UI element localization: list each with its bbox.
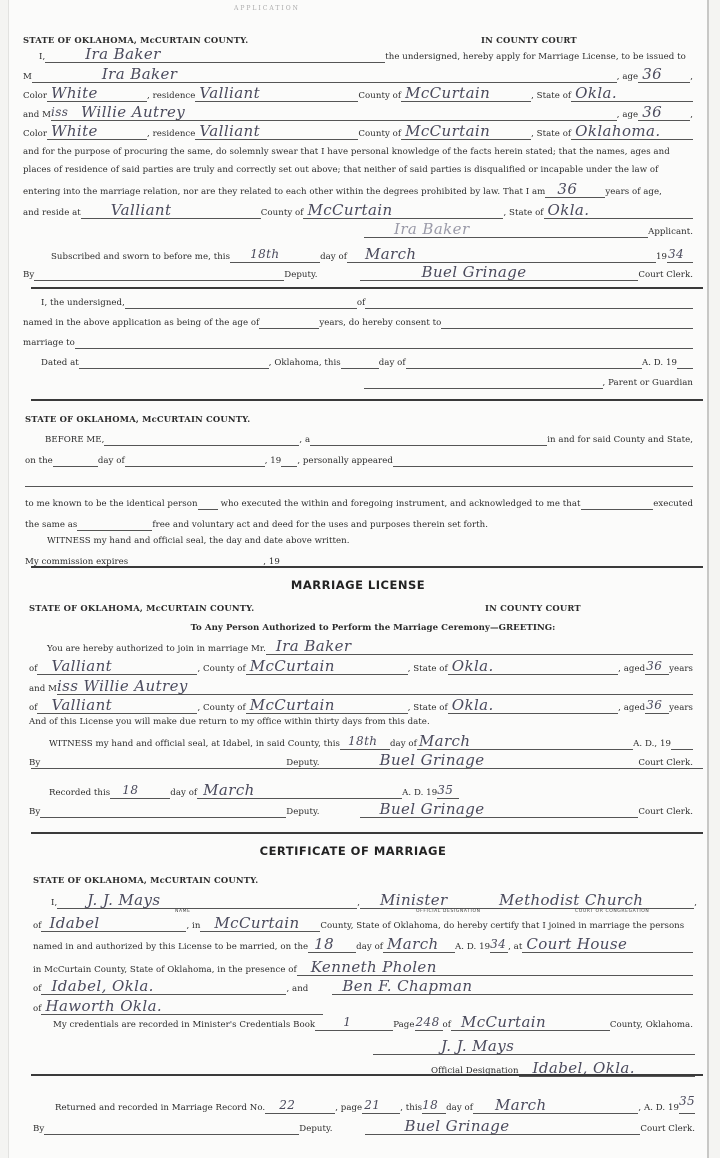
- license-bride-county-field[interactable]: McCurtain: [246, 701, 408, 714]
- court-heading: IN COUNTY COURT: [481, 34, 577, 46]
- married-month-field[interactable]: March: [383, 940, 455, 953]
- credentials-line: My credentials are recorded in Minister'…: [53, 1018, 693, 1031]
- marriage-record-page: APPLICATION STATE OF OKLAHOMA, McCURTAIN…: [8, 0, 709, 1158]
- groom-residence-field[interactable]: Valliant: [195, 89, 358, 102]
- license-bride-age-field[interactable]: 36: [645, 701, 669, 714]
- ack-line-2: on the day of , 19 , personally appeared: [25, 454, 693, 467]
- consent-dated-at-field[interactable]: [79, 356, 269, 369]
- section-divider: [31, 399, 703, 401]
- witness-1-field[interactable]: Kenneth Pholen: [297, 963, 693, 976]
- certificate-by-line: By Deputy. Buel Grinage Court Clerk.: [33, 1122, 695, 1135]
- bride-state-field[interactable]: Oklahoma.: [571, 127, 693, 140]
- ack-header: STATE OF OKLAHOMA, McCURTAIN COUNTY.: [25, 413, 693, 425]
- section-divider: [31, 287, 703, 289]
- officiant-name-field[interactable]: J. J. Mays: [57, 896, 357, 909]
- consent-line-5: , Parent or Guardian: [364, 376, 693, 389]
- reside-county-field[interactable]: McCurtain: [303, 206, 503, 219]
- license-recorded-clerk-signature-field[interactable]: Buel Grinage: [360, 805, 639, 818]
- oath-line-2: places of residence of said parties are …: [23, 164, 693, 176]
- bride-color-field[interactable]: White: [47, 127, 147, 140]
- license-groom-county-field[interactable]: McCurtain: [246, 662, 408, 675]
- ack-line-1: BEFORE ME, , a in and for said County an…: [45, 433, 693, 446]
- returned-day-field[interactable]: 18: [422, 1101, 446, 1114]
- license-groom-residence: of Valliant , County of McCurtain , Stat…: [29, 662, 693, 675]
- certificate-title: CERTIFICATE OF MARRIAGE: [0, 844, 707, 858]
- consent-line-3: marriage to: [23, 336, 693, 349]
- bride-name-field[interactable]: issWillie Autrey: [51, 108, 617, 121]
- ack-line-6: WITNESS my hand and official seal, the d…: [47, 535, 693, 547]
- credentials-book-field[interactable]: 1: [315, 1018, 393, 1031]
- bride-residence-line: Color White , residence Valliant County …: [23, 127, 693, 140]
- consent-month-field[interactable]: [406, 356, 642, 369]
- certificate-deputy-field[interactable]: [44, 1122, 299, 1135]
- witness-1-city-field[interactable]: Idabel, Okla.: [41, 982, 286, 995]
- record-number-field[interactable]: 22: [265, 1101, 335, 1114]
- consent-line-2: named in the above application as being …: [23, 316, 693, 329]
- license-witness-month-field[interactable]: March: [417, 737, 633, 750]
- license-witness-line: WITNESS my hand and official seal, at Id…: [49, 737, 693, 750]
- bride-residence-field[interactable]: Valliant: [195, 127, 358, 140]
- witness-2-city-field[interactable]: Haworth Okla.: [41, 1002, 323, 1015]
- license-greeting: To Any Person Authorized to Perform the …: [9, 622, 707, 634]
- ack-line-3: [25, 474, 693, 487]
- sworn-year-field[interactable]: 34: [667, 250, 693, 263]
- groom-age-field[interactable]: 36: [638, 70, 690, 83]
- groom-name-field[interactable]: Ira Baker: [32, 70, 617, 83]
- credentials-county-field[interactable]: McCurtain: [451, 1018, 610, 1031]
- license-witness-year-field[interactable]: [671, 737, 693, 750]
- applicant-name-field[interactable]: Ira Baker: [45, 50, 385, 63]
- license-bride-field[interactable]: iss Willie Autrey: [57, 682, 693, 695]
- applicant-signature-line: Ira Baker Applicant.: [364, 225, 693, 238]
- groom-county-field[interactable]: McCurtain: [401, 89, 531, 102]
- ack-appeared-field[interactable]: [393, 454, 693, 467]
- ack-appeared-continued-field[interactable]: [25, 474, 693, 487]
- sworn-line: Subscribed and sworn to before me, this …: [51, 250, 693, 263]
- consent-to-field[interactable]: [441, 316, 693, 329]
- ack-year-field[interactable]: [281, 454, 297, 467]
- license-recorded-year-field[interactable]: 35: [437, 786, 459, 799]
- ack-that-field[interactable]: [581, 497, 654, 510]
- bride-age-field[interactable]: 36: [638, 108, 690, 121]
- certificate-witness-line: of Idabel, Okla. , and Ben F. Chapman: [33, 982, 693, 995]
- bride-county-field[interactable]: McCurtain: [401, 127, 531, 140]
- bride-line: and M issWillie Autrey , age 36 ,: [23, 108, 693, 121]
- applicant-signature-field[interactable]: Ira Baker: [364, 225, 648, 238]
- section-divider: [31, 768, 703, 769]
- congregation-caption: COURT OR CONGREGATION: [575, 909, 649, 914]
- credentials-page-field[interactable]: 248: [415, 1018, 443, 1031]
- consent-age-field[interactable]: [259, 316, 319, 329]
- certificate-witness-2-city-line: of Haworth Okla.: [33, 1002, 323, 1015]
- certificate-clerk-signature-field[interactable]: Buel Grinage: [365, 1122, 641, 1135]
- ack-line-5: the same as free and voluntary act and d…: [25, 518, 693, 531]
- ack-same-as-field[interactable]: [77, 518, 152, 531]
- license-groom-state-field[interactable]: Okla.: [448, 662, 618, 675]
- license-title: MARRIAGE LICENSE: [9, 578, 707, 592]
- applicant-line: I, Ira Baker the undersigned, hereby app…: [39, 50, 693, 63]
- record-page-field[interactable]: 21: [362, 1101, 400, 1114]
- reside-line: and reside at Valliant County of McCurta…: [23, 206, 693, 219]
- license-header: STATE OF OKLAHOMA, McCURTAIN COUNTY. IN …: [29, 602, 693, 614]
- consent-year-field[interactable]: [677, 356, 693, 369]
- reside-field[interactable]: Valliant: [81, 206, 261, 219]
- consent-line-1: I, the undersigned, of: [41, 296, 693, 309]
- ack-before-field[interactable]: [104, 433, 299, 446]
- returned-line: Returned and recorded in Marriage Record…: [55, 1101, 695, 1114]
- officiant-signature-field[interactable]: J. J. Mays: [373, 1042, 695, 1055]
- license-bride-line: and M iss Willie Autrey: [29, 682, 693, 695]
- certificate-presence-line: in McCurtain County, State of Oklahoma, …: [33, 963, 693, 976]
- name-caption: NAME: [175, 909, 191, 914]
- license-groom-field[interactable]: Ira Baker: [266, 642, 693, 655]
- license-groom-age-field[interactable]: 36: [645, 662, 669, 675]
- ack-line-4: to me known to be the identical person w…: [25, 497, 693, 510]
- license-witness-day-field[interactable]: 18th: [340, 737, 390, 750]
- app-deputy-field[interactable]: [34, 268, 284, 281]
- ack-title-field[interactable]: [310, 433, 547, 446]
- top-fragment: APPLICATION: [234, 5, 300, 12]
- license-return-note: And of this License you will make due re…: [29, 716, 693, 728]
- app-clerk-signature-field[interactable]: Buel Grinage: [360, 268, 639, 281]
- applicant-age-field[interactable]: 36: [545, 185, 605, 198]
- license-bride-city-field[interactable]: Valliant: [37, 701, 197, 714]
- consent-marriage-to-field[interactable]: [75, 336, 693, 349]
- certificate-of-line: of Idabel , in McCurtain County, State o…: [33, 919, 693, 932]
- ack-day-field[interactable]: [53, 454, 98, 467]
- license-recorded-month-field[interactable]: March: [197, 786, 402, 799]
- license-by-line-2: By Deputy. Buel Grinage Court Clerk.: [29, 805, 693, 818]
- officiant-city-field[interactable]: Idabel: [41, 919, 186, 932]
- section-divider: [31, 1074, 703, 1076]
- officiant-signature-line: J. J. Mays: [373, 1042, 695, 1055]
- license-bride-state-field[interactable]: Okla.: [448, 701, 618, 714]
- officiant-county-field[interactable]: McCurtain: [200, 919, 320, 932]
- married-day-field[interactable]: 18: [308, 940, 356, 953]
- returned-year-field[interactable]: 35: [679, 1101, 695, 1114]
- section-divider: [31, 832, 703, 834]
- groom-line: M Ira Baker , age 36 ,: [23, 70, 693, 83]
- certificate-married-line: named in and authorized by this License …: [33, 940, 693, 953]
- designation-caption: OFFICIAL DESIGNATION: [416, 909, 481, 914]
- consent-day-field[interactable]: [341, 356, 379, 369]
- license-recorded-line: Recorded this 18 day of March A. D. 19 3…: [49, 786, 693, 799]
- groom-residence-line: Color White , residence Valliant County …: [23, 89, 693, 102]
- license-bride-residence: of Valliant , County of McCurtain , Stat…: [29, 701, 693, 714]
- sworn-month-field[interactable]: March: [347, 250, 656, 263]
- oath-line-1: and for the purpose of procuring the sam…: [23, 146, 693, 158]
- consent-line-4: Dated at , Oklahoma, this day of A. D. 1…: [41, 356, 693, 369]
- parent-signature-field[interactable]: [364, 376, 603, 389]
- ack-month-field[interactable]: [125, 454, 265, 467]
- married-place-field[interactable]: Court House: [522, 940, 693, 953]
- ack-person-field[interactable]: [198, 497, 218, 510]
- consent-name-field[interactable]: [125, 296, 357, 309]
- reside-state-field[interactable]: Okla.: [544, 206, 693, 219]
- witness-2-field[interactable]: Ben F. Chapman: [332, 982, 693, 995]
- license-groom-line: You are hereby authorized to join in mar…: [47, 642, 693, 655]
- groom-state-field[interactable]: Okla.: [571, 89, 693, 102]
- license-recorded-day-field[interactable]: 18: [110, 786, 170, 799]
- consent-of-field[interactable]: [365, 296, 693, 309]
- license-groom-city-field[interactable]: Valliant: [37, 662, 197, 675]
- app-by-line: By Deputy. Buel Grinage Court Clerk.: [23, 268, 693, 281]
- oath-line-3: entering into the marriage relation, nor…: [23, 185, 693, 198]
- groom-color-field[interactable]: White: [47, 89, 147, 102]
- sworn-day-field[interactable]: 18th: [230, 250, 320, 263]
- married-year-field[interactable]: 34: [490, 940, 508, 953]
- license-recorded-deputy-field[interactable]: [40, 805, 286, 818]
- certificate-header: STATE OF OKLAHOMA, McCURTAIN COUNTY.: [33, 874, 693, 886]
- section-divider: [31, 566, 703, 568]
- officiant-congregation-field[interactable]: Methodist Church: [495, 896, 694, 909]
- officiant-designation-field[interactable]: Minister: [360, 896, 495, 909]
- certificate-officiant-line: I, J. J. Mays , Minister Methodist Churc…: [51, 896, 697, 909]
- returned-month-field[interactable]: March: [473, 1101, 638, 1114]
